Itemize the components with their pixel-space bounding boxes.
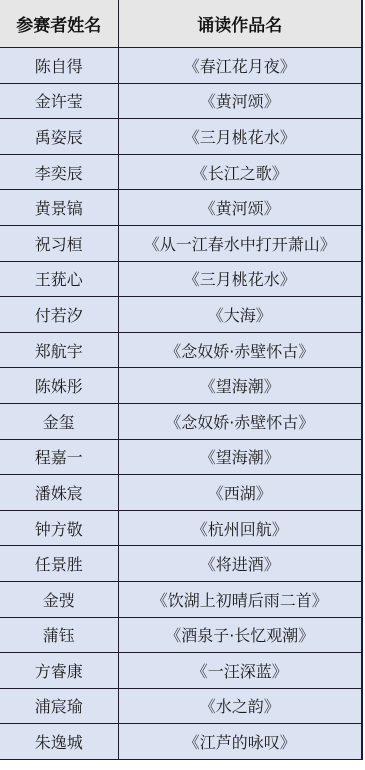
work-title: 《从一江春水中打开萧山》	[118, 225, 362, 261]
participant-name: 金玺	[0, 403, 118, 439]
table-row: 金弢《饮湖上初晴后雨二首》	[0, 581, 362, 617]
participant-name: 金许莹	[0, 83, 118, 119]
participants-table: 参赛者姓名 诵读作品名 陈自得《春江花月夜》 金许莹《黄河颂》 禹姿辰《三月桃花…	[0, 0, 363, 760]
work-title: 《望海潮》	[118, 439, 362, 475]
work-title: 《三月桃花水》	[118, 261, 362, 297]
table-row: 陈自得《春江花月夜》	[0, 48, 362, 84]
participant-name: 王莸心	[0, 261, 118, 297]
work-title: 《黄河颂》	[118, 190, 362, 226]
table-row: 禹姿辰《三月桃花水》	[0, 119, 362, 155]
table-row: 金许莹《黄河颂》	[0, 83, 362, 119]
participant-name: 祝习桓	[0, 225, 118, 261]
table-row: 李奕辰《长江之歌》	[0, 154, 362, 190]
work-title: 《杭州回航》	[118, 510, 362, 546]
participant-name: 付若汐	[0, 297, 118, 333]
table-row: 王莸心《三月桃花水》	[0, 261, 362, 297]
work-title: 《酒泉子·长忆观潮》	[118, 617, 362, 653]
table-row: 金玺《念奴娇·赤壁怀古》	[0, 403, 362, 439]
table-row: 蒲钰《酒泉子·长忆观潮》	[0, 617, 362, 653]
participant-name: 黄景镐	[0, 190, 118, 226]
participant-name: 任景胜	[0, 546, 118, 582]
work-title: 《念奴娇·赤壁怀古》	[118, 403, 362, 439]
work-title: 《一汪深蓝》	[118, 653, 362, 689]
participant-name: 浦宸瑜	[0, 688, 118, 724]
table-row: 钟方敬《杭州回航》	[0, 510, 362, 546]
work-title: 《将进酒》	[118, 546, 362, 582]
work-title: 《念奴娇·赤壁怀古》	[118, 332, 362, 368]
participant-name: 陈自得	[0, 48, 118, 84]
table-row: 付若汐《大海》	[0, 297, 362, 333]
work-title: 《春江花月夜》	[118, 48, 362, 84]
table-row: 黄景镐《黄河颂》	[0, 190, 362, 226]
table-row: 潘姝宸《西湖》	[0, 475, 362, 511]
work-title: 《江芦的咏叹》	[118, 724, 362, 760]
participant-name: 钟方敬	[0, 510, 118, 546]
header-work-title: 诵读作品名	[118, 0, 362, 48]
table-row: 程嘉一《望海潮》	[0, 439, 362, 475]
participant-name: 郑航宇	[0, 332, 118, 368]
table-row: 方睿康《一汪深蓝》	[0, 653, 362, 689]
work-title: 《西湖》	[118, 475, 362, 511]
table-row: 任景胜《将进酒》	[0, 546, 362, 582]
table-row: 陈姝彤《望海潮》	[0, 368, 362, 404]
participant-name: 蒲钰	[0, 617, 118, 653]
table-row: 朱逸城《江芦的咏叹》	[0, 724, 362, 760]
participant-name: 李奕辰	[0, 154, 118, 190]
work-title: 《水之韵》	[118, 688, 362, 724]
participant-name: 方睿康	[0, 653, 118, 689]
table-row: 祝习桓《从一江春水中打开萧山》	[0, 225, 362, 261]
table-row: 郑航宇《念奴娇·赤壁怀古》	[0, 332, 362, 368]
work-title: 《大海》	[118, 297, 362, 333]
participant-name: 禹姿辰	[0, 119, 118, 155]
work-title: 《饮湖上初晴后雨二首》	[118, 581, 362, 617]
work-title: 《三月桃花水》	[118, 119, 362, 155]
participant-name: 金弢	[0, 581, 118, 617]
header-row: 参赛者姓名 诵读作品名	[0, 0, 362, 48]
work-title: 《望海潮》	[118, 368, 362, 404]
work-title: 《黄河颂》	[118, 83, 362, 119]
participant-name: 程嘉一	[0, 439, 118, 475]
participant-name: 潘姝宸	[0, 475, 118, 511]
participant-name: 陈姝彤	[0, 368, 118, 404]
work-title: 《长江之歌》	[118, 154, 362, 190]
participant-name: 朱逸城	[0, 724, 118, 760]
header-participant-name: 参赛者姓名	[0, 0, 118, 48]
table-row: 浦宸瑜《水之韵》	[0, 688, 362, 724]
